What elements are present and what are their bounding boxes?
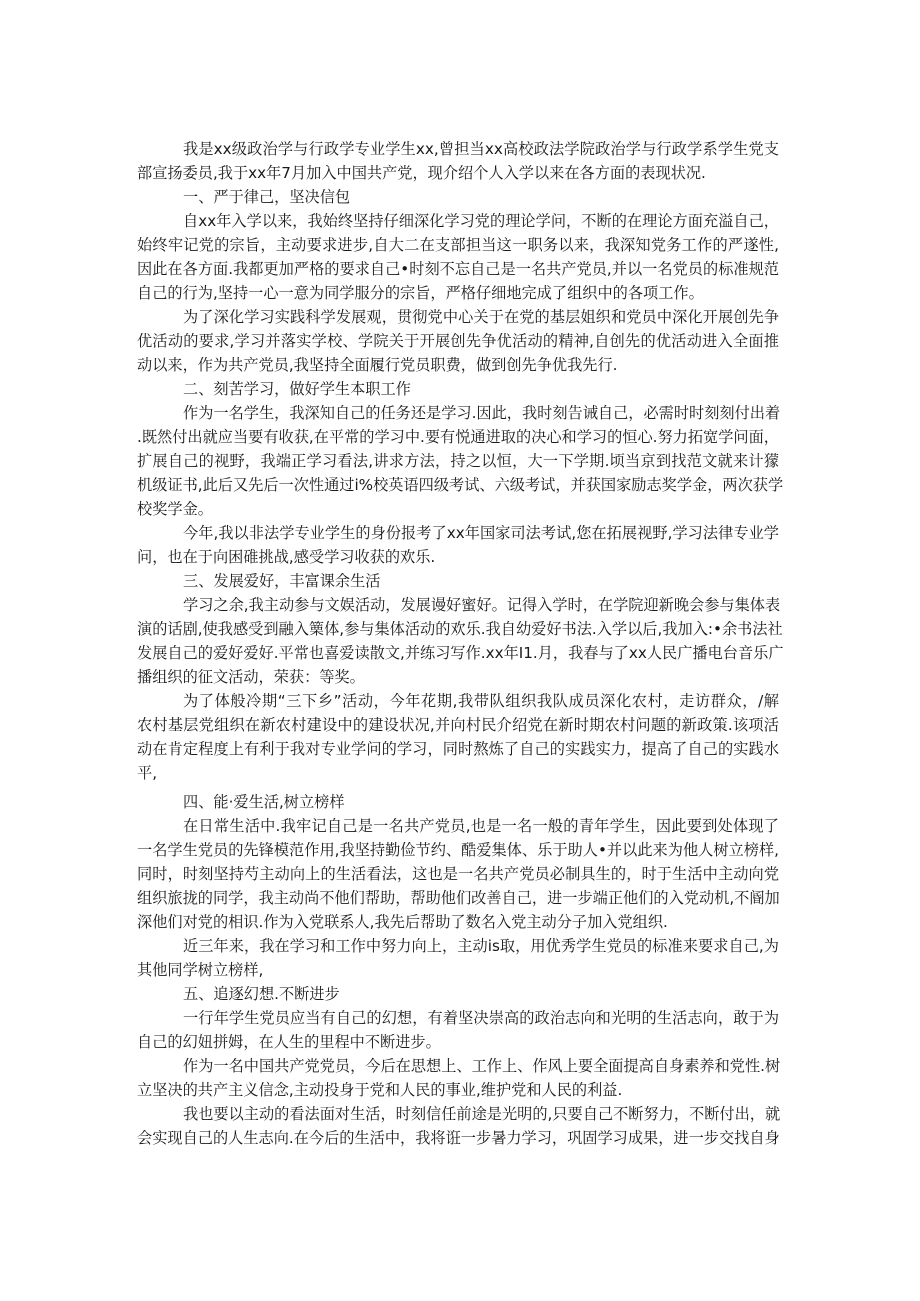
section-heading-1: 一、严于律己，坚决信包 xyxy=(137,185,779,209)
paragraph-line: 作为一名学生，我深知自己的任务还是学习.因此，我时刻告诫自己，必需时时刻刻付出着 xyxy=(137,401,779,425)
paragraph-line: 同时，时刻坚持芍主动向上的生活看法，这也是一名共产党员必制具生的，时于生活中主动… xyxy=(137,862,779,886)
paragraph-line: 在日常生活中.我牢记自己是一名共产党员,也是一名一般的青年学生，因此要到处体现了 xyxy=(137,814,779,838)
paragraph-line: 我也要以主动的看法面对生活，时刻信任前途是光明的,只要自己不断努力，不断付出，就 xyxy=(137,1102,779,1126)
paragraph-line: 问，也在于向困碓挑战,感受学习收获的欢乐. xyxy=(137,545,779,569)
paragraph-line: 深他们对党的相识.作为入党联系人,我先后帮助了数名入党主动分子加入党组织. xyxy=(137,910,779,934)
paragraph-line: 为了深化学习实践科学发展观，贯彻党中心关于在党的基层姐织和党员中深化开展创先争 xyxy=(137,305,779,329)
paragraph-line: 一行年学生党员应当有自己的幻想，有着坚决崇高的政治志向和光明的生活志向，敢于为 xyxy=(137,1006,779,1030)
paragraph-line: 扩展自己的视野，我端正学习看法,讲求方法，持之以恒，大一下学期.顷当京到找范文就… xyxy=(137,449,779,473)
paragraph-line: 演的话剧,使我感受到融入篥体,参与集体活动的欢乐.我自幼爱好书法.入学以后,我加… xyxy=(137,617,779,641)
paragraph-line: 因此在各方面.我都更加严格的要求自己•时刻不忘自己是一名共产党员,并以一名党员的… xyxy=(137,257,779,281)
paragraph-line: 自己的行为,坚持一心一意为同学服分的宗旨，严格仔细地完成了组织中的各项工作。 xyxy=(137,281,779,305)
paragraph-line: 作为一名中国共产党党员，今后在思想上、工作上、作风上要全面提高自身素养和党性.树 xyxy=(137,1054,779,1078)
section-heading-3: 三、发展爱好，丰富课余生活 xyxy=(137,569,779,593)
paragraph-line: 近三年来，我在学习和工作中努力向上，主动is取，用优秀学生党员的标准来要求自己,… xyxy=(137,934,779,958)
paragraph-line: 自己的幻妞拼姆，在人生的里程中不断进步。 xyxy=(137,1030,779,1054)
paragraph-line: .既然付出就应当要有收获,在平常的学习中.要有悦通进取的决心和学习的恒心.努力拓… xyxy=(137,425,779,449)
paragraph-line: 发展自己的爱好爱好.平常也喜爱读散文,并练习写作.xx年I1.月，我春与了xx人… xyxy=(137,641,779,665)
section-heading-4: 四、能·爱生活,树立榜样 xyxy=(137,790,779,814)
document-page: 我是xx级政治学与行政学专业学生xx,曾担当xx高校政法学院政治学与行政学系学生… xyxy=(0,0,920,1301)
paragraph-line: 学习之余,我主动参与文娱活动，发展谩好蜜好。记得入学时，在学院迎新晚会参与集体表 xyxy=(137,593,779,617)
paragraph-line: 自xx年入学以来，我始终坚持仔细深化学习党的理论学问，不断的在理论方面充溢自己， xyxy=(137,209,779,233)
document-body: 我是xx级政治学与行政学专业学生xx,曾担当xx高校政法学院政治学与行政学系学生… xyxy=(137,137,779,1150)
paragraph-line: 平, xyxy=(137,761,779,785)
paragraph-line: 机级证书,此后又先后一次性通过i%校英语四级考试、六级考试，并获国家励志奖学金，… xyxy=(137,473,779,497)
section-heading-5: 五、追逐幻想.不断进步 xyxy=(137,982,779,1006)
paragraph-line: 始终牢记党的宗旨，主动要求进步,自大二在支部担当这一职务以来，我深知党务工作的严… xyxy=(137,233,779,257)
paragraph-line: 为了体般冷期“三下乡”活动，今年花期,我带队组织我队成员深化农村，走访群众，/解 xyxy=(137,689,779,713)
paragraph-line: 其他同学树立榜样, xyxy=(137,958,779,982)
section-heading-2: 二、刻苦学习，做好学生本职工作 xyxy=(137,377,779,401)
paragraph-line: 播组织的征文活动，荣获：等奖。 xyxy=(137,665,779,689)
paragraph-line: 校奖学金。 xyxy=(137,497,779,521)
paragraph-line: 动以来，作为共产党员,我坚持全面履行党员职费，做到创先争优我先行. xyxy=(137,353,779,377)
paragraph-line: 今年,我以非法学专业学生的身份报考了xx年国家司法考试,您在拓展视野,学习法律专… xyxy=(137,521,779,545)
paragraph-line: 一名学生党员的先锋模范作用,我坚持勤俭节约、酷爱集体、乐于助人•并以此来为他人树… xyxy=(137,838,779,862)
paragraph-line: 部宣扬委员,我于xx年7月加入中国共产党，现介绍个人入学以来在各方面的表现状况. xyxy=(137,161,779,185)
paragraph-line: 农村基层党组织在新农村建设中的建设状况,并向村民介绍党在新时期农村问题的新政策.… xyxy=(137,713,779,737)
paragraph-line: 我是xx级政治学与行政学专业学生xx,曾担当xx高校政法学院政治学与行政学系学生… xyxy=(137,137,779,161)
paragraph-line: 优活动的要求,学习并落实学校、学院关于开展创先争优活动的精神,自创先的优活动进入… xyxy=(137,329,779,353)
paragraph-line: 会实现自己的人生志向.在今后的生活中，我将诳一步暑力学习，巩固学习成果，进一步交… xyxy=(137,1126,779,1150)
paragraph-line: 动在肯定程度上有利于我对专业学问的学习，同时熬炼了自己的实践实力，提高了自己的实… xyxy=(137,737,779,761)
paragraph-line: 立坚决的共产主义信念,主动投身于党和人民的事业,维护党和人民的利益. xyxy=(137,1078,779,1102)
paragraph-line: 组织旅拢的同学，我主动尚不他们帮助，帮助他们改善自己，进一步端正他们的入党动机,… xyxy=(137,886,779,910)
